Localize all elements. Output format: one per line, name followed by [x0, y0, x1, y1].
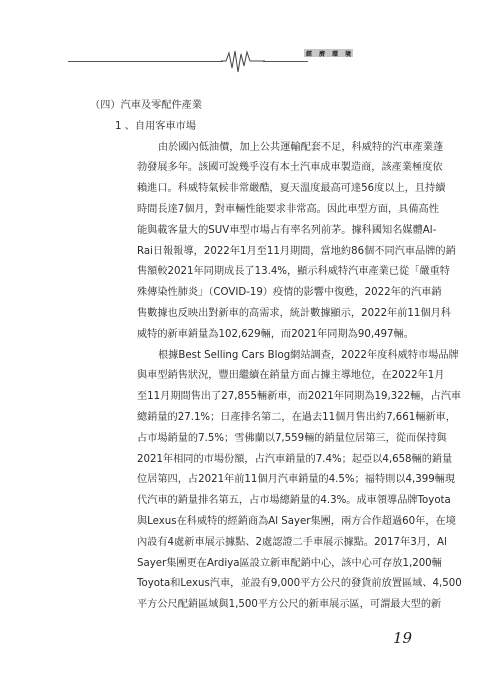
text-line: 平方公尺配銷區域與1,500平方公尺的新車展示區，可謂最大型的新: [137, 595, 425, 616]
text-line: 售數據也反映出對新車的高需求，統計數據顯示，2022年前11個月科: [137, 304, 425, 325]
zigzag-ornament-icon: [221, 48, 265, 74]
section-title-char: 環: [332, 49, 338, 58]
section-title-bar: 經 濟 環 境: [304, 49, 353, 57]
paragraph-2: 根據Best Selling Cars Blog網站調查，2022年度科威特市場…: [90, 346, 425, 616]
text-line: 2021年相同的市場份額，占汽車銷量的7.4%；起亞以4,658輛的銷量: [137, 450, 425, 471]
text-line: 總銷量的27.1%；日產排名第二，在過去11個月售出約7,661輛新車，: [137, 408, 425, 429]
text-line: 與車型銷售狀況，豐田繼續在銷量方面占據主導地位，在2022年1月: [137, 366, 425, 387]
text-line: 時間長達7個月，對車輛性能要求非常高。因此車型方面，具備高性: [137, 200, 425, 221]
text-line: 由於國內低油價，加上公共運輸配套不足，科威特的汽車產業蓬: [137, 138, 425, 159]
text-line: 威特的新車銷量為102,629輛，而2021年同期為90,497輛。: [137, 325, 425, 346]
header-rule-left: [68, 61, 223, 62]
text-line: 與Lexus在科威特的經銷商為Al Sayer集團，兩方合作超過60年，在境: [137, 512, 425, 533]
section-heading: （四）汽車及零配件產業: [90, 96, 425, 117]
text-line: 至11月期間售出了27,855輛新車，而2021年同期為19,322輛，占汽車: [137, 387, 425, 408]
text-line: 能與載客量大的SUV車型市場占有率名列前茅。據科國知名媒體Al-: [137, 221, 425, 242]
text-line: 殊傳染性肺炎」（COVID-19）疫情的影響中復甦，2022年的汽車銷: [137, 283, 425, 304]
page-body: （四）汽車及零配件產業 1 、自用客車市場 由於國內低油價，加上公共運輸配套不足…: [90, 96, 425, 616]
section-title-char: 境: [345, 49, 351, 58]
text-line: 賴進口。科威特氣候非常嚴酷，夏天溫度最高可達56度以上，且持續: [137, 179, 425, 200]
text-line: 位居第四，占2021年前11個月汽車銷量的4.5%；福特則以4,399輛現: [137, 470, 425, 491]
text-line: 根據Best Selling Cars Blog網站調查，2022年度科威特市場…: [137, 346, 425, 367]
paragraph-1: 由於國內低油價，加上公共運輸配套不足，科威特的汽車產業蓬 勃發展多年。該國可說幾…: [90, 138, 425, 346]
section-title-char: 經: [306, 49, 312, 58]
page-number: 19: [393, 629, 412, 647]
text-line: Toyota和Lexus汽車，並設有9,000平方公尺的發貨前放置區域、4,50…: [137, 574, 425, 595]
text-line: 售額較2021年同期成長了13.4%，顯示科威特汽車產業已從「嚴重特: [137, 262, 425, 283]
text-line: 勃發展多年。該國可說幾乎沒有本土汽車成車製造商，該產業極度依: [137, 158, 425, 179]
text-line: 代汽車的銷量排名第五，占市場總銷量的4.3%。成車領導品牌Toyota: [137, 491, 425, 512]
subsection-heading: 1 、自用客車市場: [90, 117, 425, 138]
text-line: 占市場銷量的7.5%；雪佛蘭以7,559輛的銷量位居第三，從而保持與: [137, 429, 425, 450]
text-line: 內設有4處新車展示據點、2處認證二手車展示據點。2017年3月，Al: [137, 533, 425, 554]
text-line: Sayer集團更在Ardiya區設立新車配銷中心，該中心可存放1,200輛: [137, 554, 425, 575]
header-rule-right: [263, 61, 308, 62]
section-title-char: 濟: [319, 49, 325, 58]
text-line: Rai日報報導，2022年1月至11月期間，當地約86個不同汽車品牌的銷: [137, 242, 425, 263]
